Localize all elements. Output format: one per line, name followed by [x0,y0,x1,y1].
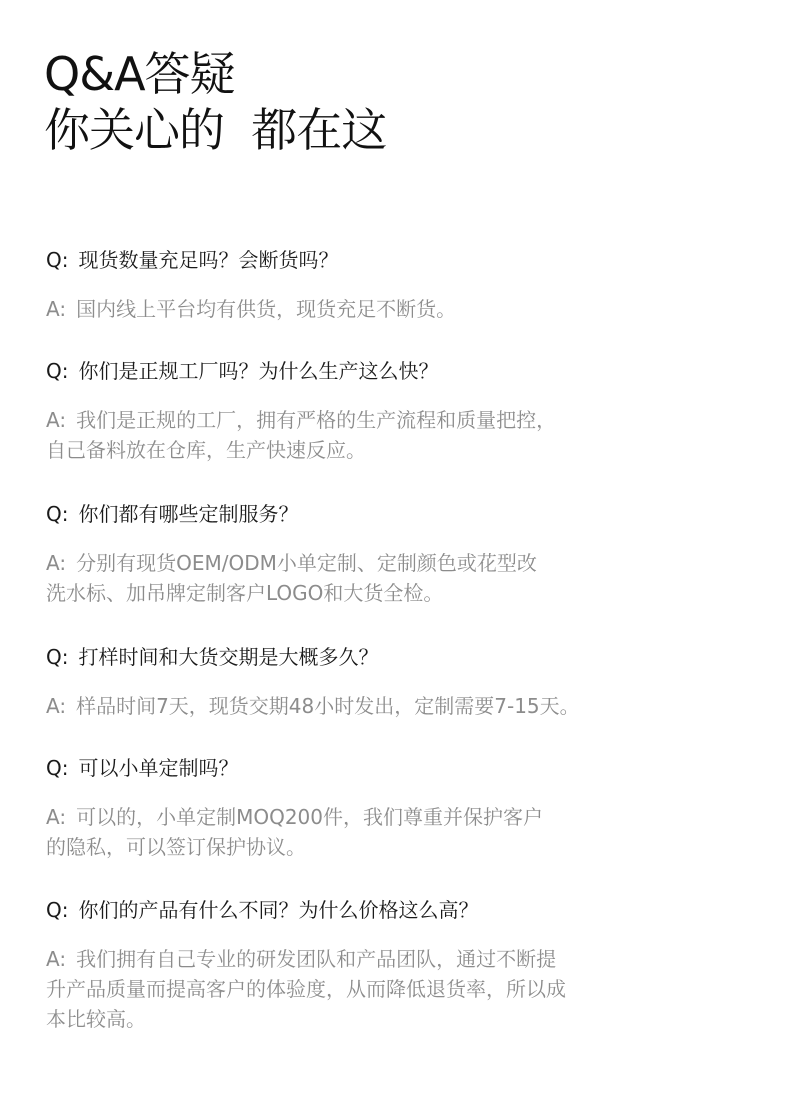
question-text: 打样时间和大货交期是大概多久？ [78,645,378,669]
answer-line: A:分别有现货OEM/ODM小单定制、定制颜色或花型改 [46,548,646,578]
answer: A:可以的，小单定制MOQ200件，我们尊重并保护客户 的隐私，可以签订保护协议… [46,802,646,862]
answer: A:国内线上平台均有供货，现货充足不断货。 [46,294,646,324]
qa-item-6: Q:你们的产品有什么不同？为什么价格这么高？ A:我们拥有自己专业的研发团队和产… [46,896,646,1034]
q-prefix: Q: [46,898,68,922]
q-prefix: Q: [46,756,68,780]
question: Q:你们都有哪些定制服务？ [46,500,646,528]
answer-line: A:我们是正规的工厂，拥有严格的生产流程和质量把控， [46,405,646,435]
a-prefix: A: [46,947,66,971]
qa-item-3: Q:你们都有哪些定制服务？ A:分别有现货OEM/ODM小单定制、定制颜色或花型… [46,500,646,608]
answer: A:我们拥有自己专业的研发团队和产品团队，通过不断提 升产品质量而提高客户的体验… [46,944,646,1034]
q-prefix: Q: [46,645,68,669]
a-prefix: A: [46,694,66,718]
q-prefix: Q: [46,502,68,526]
question-text: 你们的产品有什么不同？为什么价格这么高？ [78,898,478,922]
question: Q:你们的产品有什么不同？为什么价格这么高？ [46,896,646,924]
answer-line: A:国内线上平台均有供货，现货充足不断货。 [46,294,646,324]
title-line-2: 你关心的 都在这 [44,102,386,158]
question: Q:现货数量充足吗？会断货吗？ [46,246,646,274]
answer-line: A:我们拥有自己专业的研发团队和产品团队，通过不断提 [46,944,646,974]
question: Q:你们是正规工厂吗？为什么生产这么快？ [46,357,646,385]
answer-line: A:样品时间7天，现货交期48小时发出，定制需要7-15天。 [46,691,646,721]
answer: A:我们是正规的工厂，拥有严格的生产流程和质量把控， 自己备料放在仓库，生产快速… [46,405,646,465]
question-text: 可以小单定制吗？ [78,756,238,780]
question: Q:打样时间和大货交期是大概多久？ [46,643,646,671]
a-prefix: A: [46,551,66,575]
answer: A:分别有现货OEM/ODM小单定制、定制颜色或花型改 洗水标、加吊牌定制客户L… [46,548,646,608]
qa-item-4: Q:打样时间和大货交期是大概多久？ A:样品时间7天，现货交期48小时发出，定制… [46,643,646,721]
answer-line: 的隐私，可以签订保护协议。 [46,832,646,862]
answer-line: 本比较高。 [46,1004,646,1034]
page-title: Q&A答疑 你关心的 都在这 [44,46,386,158]
qa-item-5: Q:可以小单定制吗？ A:可以的，小单定制MOQ200件，我们尊重并保护客户 的… [46,754,646,862]
title-line-1: Q&A答疑 [44,46,386,102]
a-prefix: A: [46,297,66,321]
a-prefix: A: [46,805,66,829]
q-prefix: Q: [46,359,68,383]
answer-line: 洗水标、加吊牌定制客户LOGO和大货全检。 [46,578,646,608]
answer: A:样品时间7天，现货交期48小时发出，定制需要7-15天。 [46,691,646,721]
qa-item-1: Q:现货数量充足吗？会断货吗？ A:国内线上平台均有供货，现货充足不断货。 [46,246,646,324]
question-text: 你们都有哪些定制服务？ [78,502,298,526]
a-prefix: A: [46,408,66,432]
answer-line: 升产品质量而提高客户的体验度，从而降低退货率，所以成 [46,974,646,1004]
qa-item-2: Q:你们是正规工厂吗？为什么生产这么快？ A:我们是正规的工厂，拥有严格的生产流… [46,357,646,465]
question: Q:可以小单定制吗？ [46,754,646,782]
question-text: 你们是正规工厂吗？为什么生产这么快？ [78,359,438,383]
question-text: 现货数量充足吗？会断货吗？ [78,248,338,272]
answer-line: A:可以的，小单定制MOQ200件，我们尊重并保护客户 [46,802,646,832]
q-prefix: Q: [46,248,68,272]
answer-line: 自己备料放在仓库，生产快速反应。 [46,435,646,465]
